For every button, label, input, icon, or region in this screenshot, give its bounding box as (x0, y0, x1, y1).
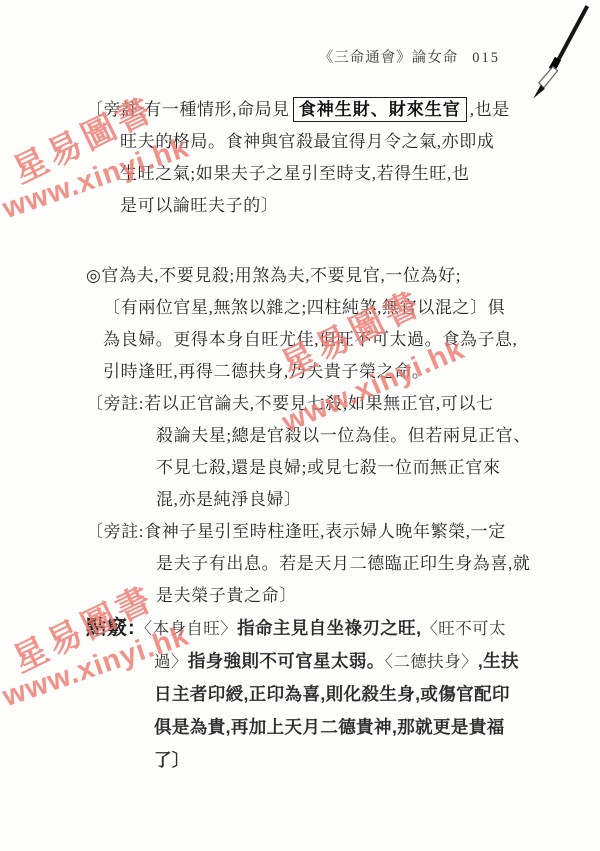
text-line: 俱是為貴,再加上天月二德貴神,那就更是貴福 (86, 711, 526, 744)
calligraphy-brush-icon (528, 4, 592, 100)
text-line: 生旺之氣;如果夫子之星引至時支,若得生旺,也 (86, 158, 526, 190)
page-content: 〔旁註:有一種情形,命局見食神生財、財來生官,也是 旺夫的格局。食神與官殺最宜得… (86, 94, 526, 777)
text-line: 〔有兩位官星,無煞以雜之;四柱純煞,無官以混之〕俱 (86, 292, 526, 324)
text-line: 日主者印綬,正印為喜,則化殺生身,或傷官配印 (86, 678, 526, 711)
keypoint-label: 點竅: (86, 617, 136, 639)
note1-line1-pre: 〔旁註:有一種情形,命局見 (86, 100, 290, 119)
main-paragraph: ◎官為夫,不要見殺;用煞為夫,不要見官,一位為好; 〔有兩位官星,無煞以雜之;四… (86, 260, 526, 388)
text-line: 是可以論旺夫子的〕 (86, 190, 526, 222)
keypoint-paragraph: 點竅:〈本身自旺〉指命主見自坐祿刃之旺,〈旺不可太 過〉指身強則不可官星太弱。〈… (86, 612, 526, 777)
text-line: 〔旁註:食神子星引至時柱逢旺,表示婦人晚年繁榮,一定 (86, 516, 526, 548)
keypoint-text: ,生扶 (478, 651, 519, 671)
note-paragraph-2: 〔旁註:若以正官論夫,不要見七殺;如果無正官,可以七 殺論夫星;總是官殺以一位為… (86, 388, 526, 516)
boxed-phrase: 食神生財、財來生官 (293, 97, 467, 122)
note-paragraph-1: 〔旁註:有一種情形,命局見食神生財、財來生官,也是 旺夫的格局。食神與官殺最宜得… (86, 94, 526, 222)
text-line: 了〕 (86, 744, 526, 777)
text-line: 〔旁註:若以正官論夫,不要見七殺;如果無正官,可以七 (86, 388, 526, 420)
text-line: 是夫子有出息。若是天月二德臨正印生身為喜,就 (86, 548, 526, 580)
text-line: 不見七殺,還是良婦;或見七殺一位而無正官來 (86, 452, 526, 484)
text-line: 旺夫的格局。食神與官殺最宜得月令之氣,亦即成 (86, 126, 526, 158)
text-line: 為良婦。更得本身自旺尤佳,但旺不可太過。食為子息, (86, 324, 526, 356)
text-line: 過〉指身強則不可官星太弱。〈二德扶身〉,生扶 (86, 645, 526, 678)
text-line: ◎官為夫,不要見殺;用煞為夫,不要見官,一位為好; (86, 260, 526, 292)
quoted-term: 過〉 (154, 652, 188, 671)
text-line: 引時逢旺,再得二德扶身,乃夫貴子榮之命。 (86, 356, 526, 388)
text-line: 點竅:〈本身自旺〉指命主見自坐祿刃之旺,〈旺不可太 (86, 612, 526, 645)
text-line: 〔旁註:有一種情形,命局見食神生財、財來生官,也是 (86, 94, 526, 126)
header-title: 《三命通會》論女命 (319, 50, 459, 66)
quoted-term: 〈二德扶身〉 (385, 652, 478, 671)
quoted-term: 〈本身自旺〉 (136, 619, 237, 638)
page-header: 《三命通會》論女命015 (0, 46, 500, 67)
note-paragraph-3: 〔旁註:食神子星引至時柱逢旺,表示婦人晚年繁榮,一定 是夫子有出息。若是天月二德… (86, 516, 526, 612)
book-page: 《三命通會》論女命015 〔旁註:有一種情形,命局見食神生財、財來生官,也是 旺… (0, 0, 600, 851)
quoted-term: 〈旺不可太 (421, 619, 506, 638)
keypoint-text: 指命主見自坐祿刃之旺, (237, 618, 421, 638)
text-line: 是夫榮子貴之命〕 (86, 580, 526, 612)
keypoint-text: 指身強則不可官星太弱。 (188, 651, 385, 671)
text-line: 混,亦是純淨良婦〕 (86, 484, 526, 516)
note1-line1-post: ,也是 (470, 100, 510, 119)
text-line: 殺論夫星;總是官殺以一位為佳。但若兩見正官、 (86, 420, 526, 452)
page-number: 015 (472, 50, 500, 66)
